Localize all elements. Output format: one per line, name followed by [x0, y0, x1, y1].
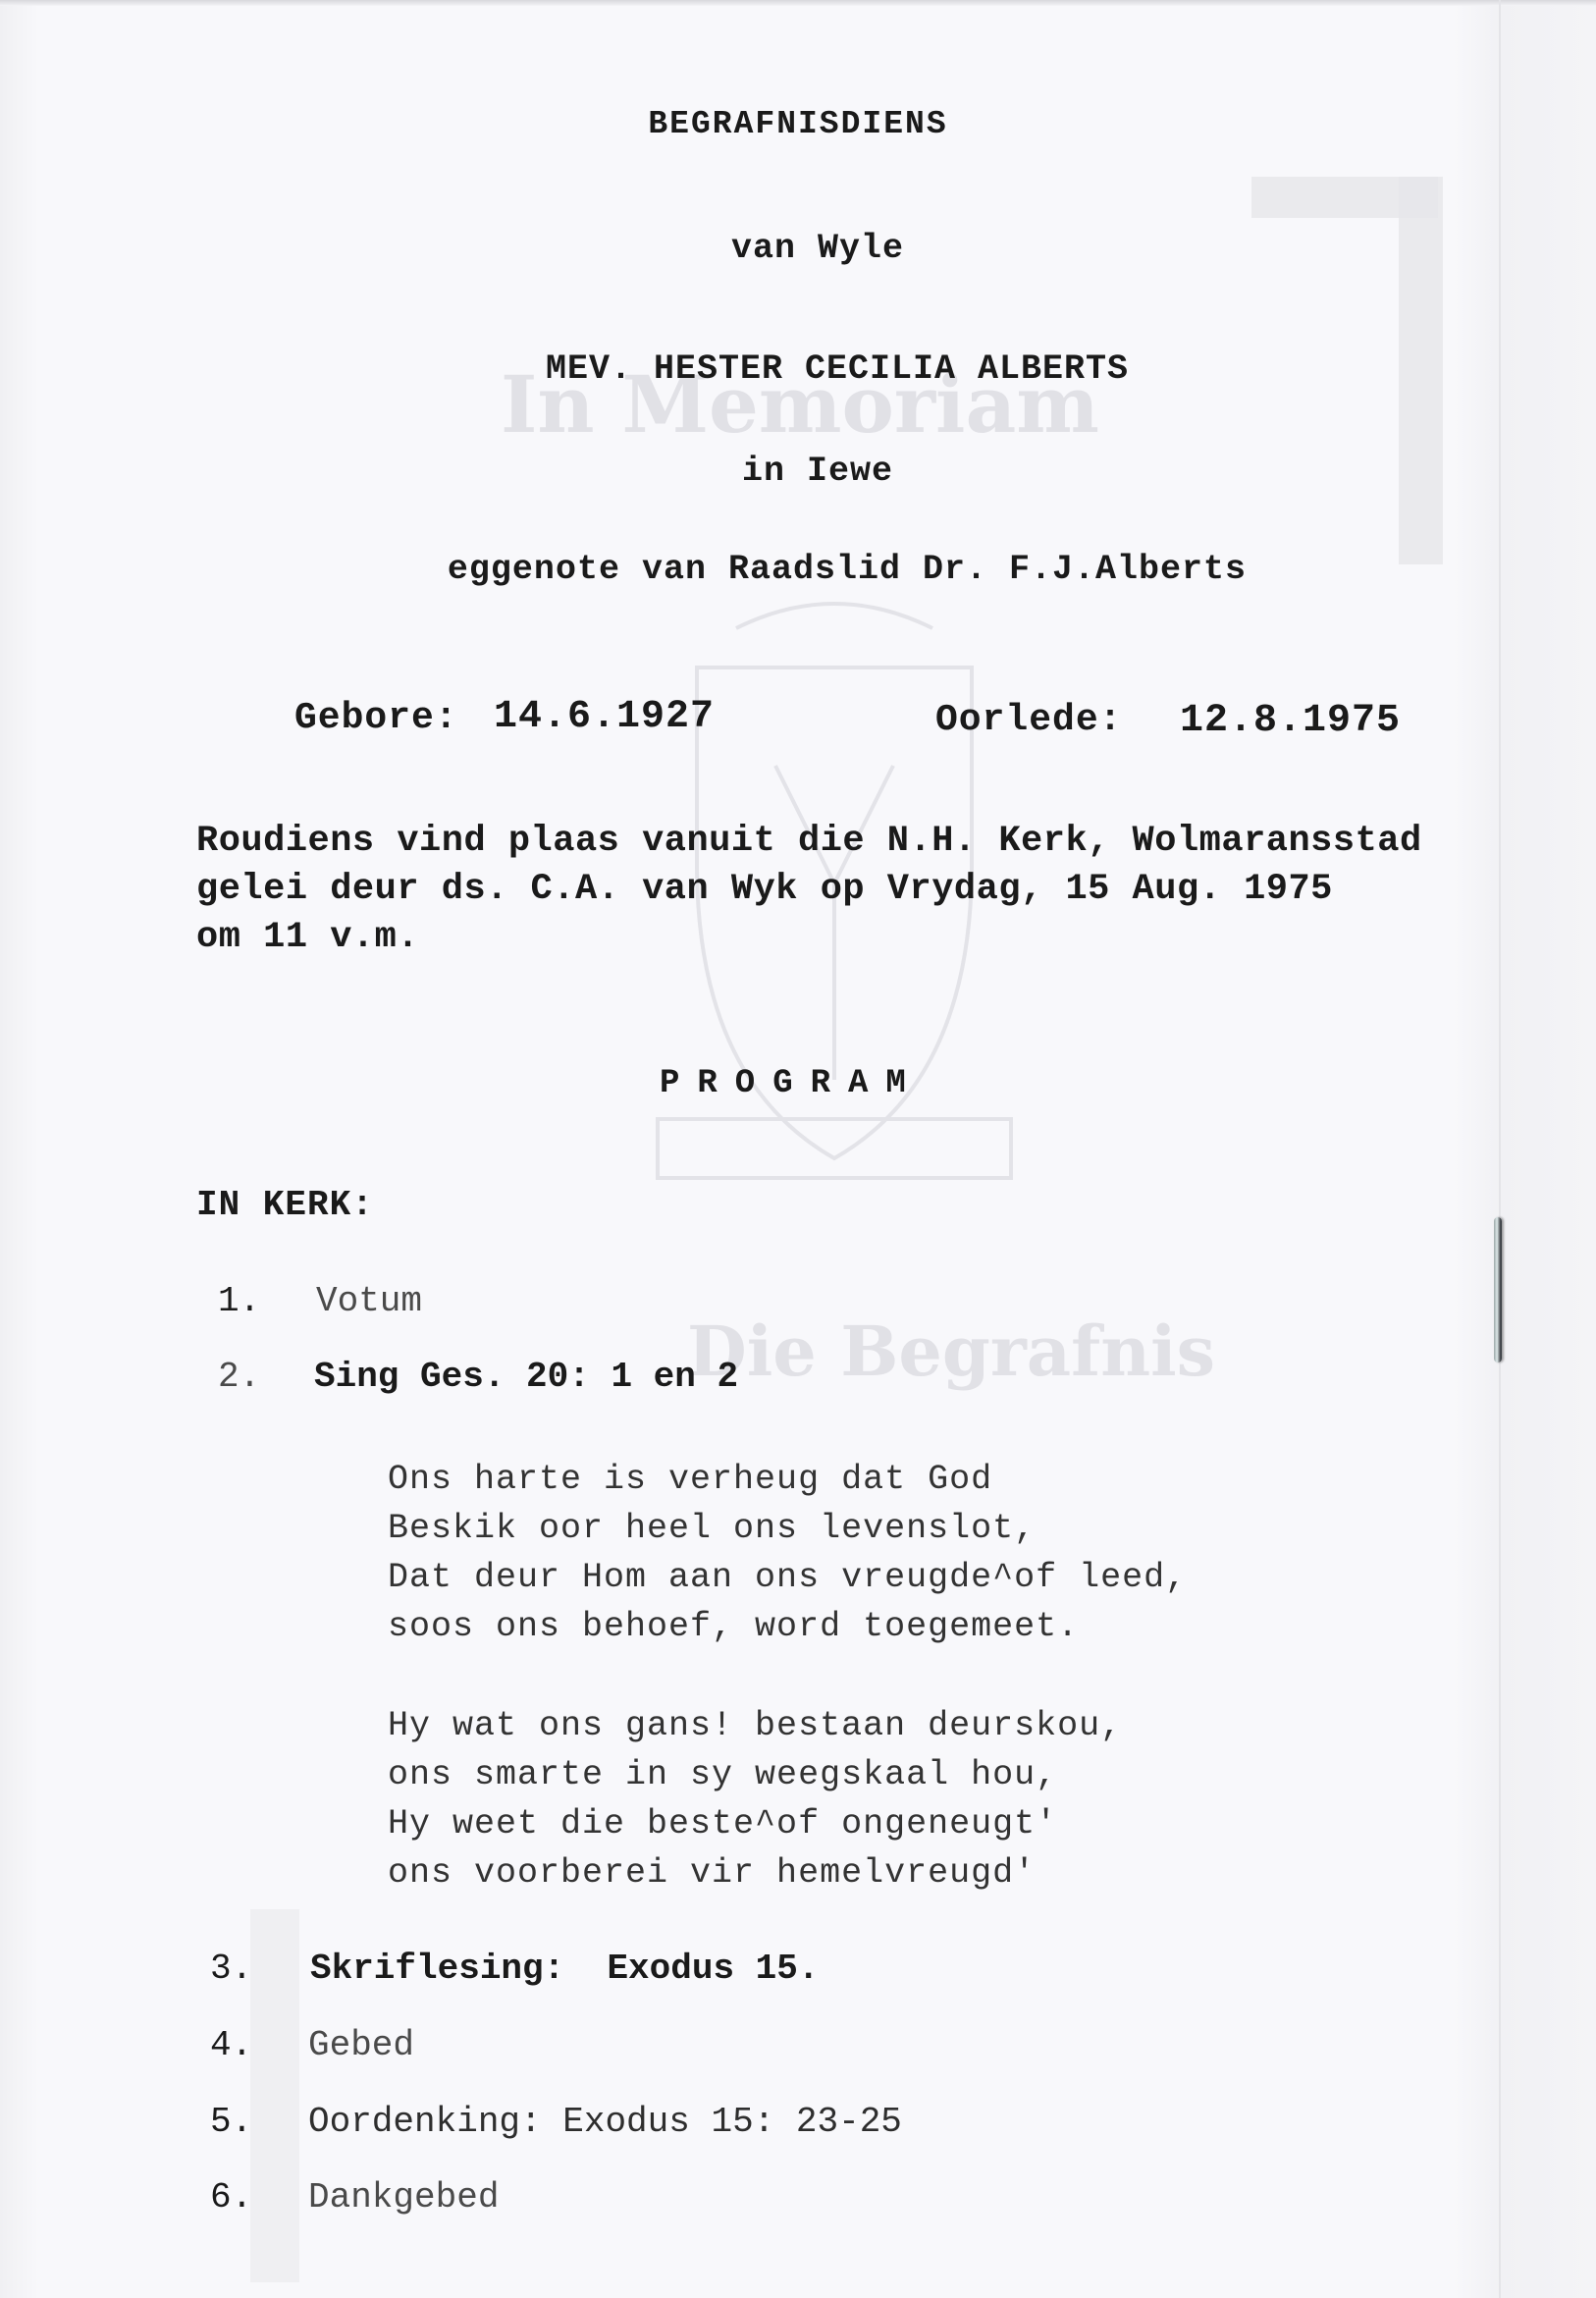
program-item-text: Votum	[316, 1281, 422, 1321]
hymn-verse-line: Ons harte is verheug dat God	[388, 1455, 992, 1504]
paper-top-edge	[0, 0, 1596, 6]
died-date: 12.8.1975	[1180, 699, 1401, 743]
program-heading: PROGRAM	[660, 1065, 924, 1102]
born-date: 14.6.1927	[494, 695, 715, 739]
program-item-number: 2.	[218, 1357, 260, 1397]
spouse-line: eggenote van Raadslid Dr. F.J.Alberts	[0, 550, 1596, 589]
service-details-line: gelei deur ds. C.A. van Wyk op Vrydag, 1…	[196, 869, 1333, 910]
program-item-number: 3.	[210, 1949, 252, 1989]
deceased-name: MEV. HESTER CECILIA ALBERTS	[0, 349, 1596, 389]
program-item-number: 5.	[210, 2102, 252, 2142]
life-label: in Iewe	[0, 452, 1596, 491]
program-item-number: 4.	[210, 2025, 252, 2065]
document-subtitle: van Wyle	[0, 229, 1596, 268]
service-details-line: Roudiens vind plaas vanuit die N.H. Kerk…	[196, 821, 1422, 862]
program-item-number: 6.	[210, 2177, 252, 2218]
staple	[1494, 1217, 1502, 1363]
hymn-verse-line: Beskik oor heel ons levenslot,	[388, 1504, 1036, 1553]
program-item-number: 1.	[218, 1281, 260, 1321]
hymn-verse-line: Dat deur Hom aan ons vreugde^of leed,	[388, 1553, 1187, 1602]
hymn-verse-line: soos ons behoef, word toegemeet.	[388, 1602, 1079, 1651]
program-item-text: Skriflesing: Exodus 15.	[310, 1949, 819, 1989]
paper-fold-line	[1499, 0, 1501, 2298]
hymn-verse-line: Hy weet die beste^of ongeneugt'	[388, 1799, 1057, 1848]
hymn-verse-line: ons smarte in sy weegskaal hou,	[388, 1750, 1057, 1799]
program-item-text: Dankgebed	[308, 2177, 499, 2218]
hymn-verse-line: ons voorberei vir hemelvreugd'	[388, 1848, 1036, 1897]
program-item-text: Sing Ges. 20: 1 en 2	[314, 1357, 738, 1397]
show-through-text: Die Begrafnis	[687, 1310, 1215, 1392]
program-item-text: Oordenking: Exodus 15: 23-25	[308, 2102, 902, 2142]
section-heading: IN KERK:	[196, 1185, 374, 1225]
document-title: BEGRAFNISDIENS	[0, 106, 1596, 142]
service-details-line: om 11 v.m.	[196, 917, 419, 958]
program-item-text: Gebed	[308, 2025, 414, 2065]
born-label: Gebore:	[294, 697, 458, 739]
died-label: Oorlede:	[935, 699, 1122, 741]
hymn-verse-line: Hy wat ons gans! bestaan deurskou,	[388, 1701, 1122, 1750]
show-through-mark	[250, 1909, 299, 2282]
document-page: In Memoriam Die Begrafnis BEGRAFNISDIENS…	[0, 0, 1596, 2298]
